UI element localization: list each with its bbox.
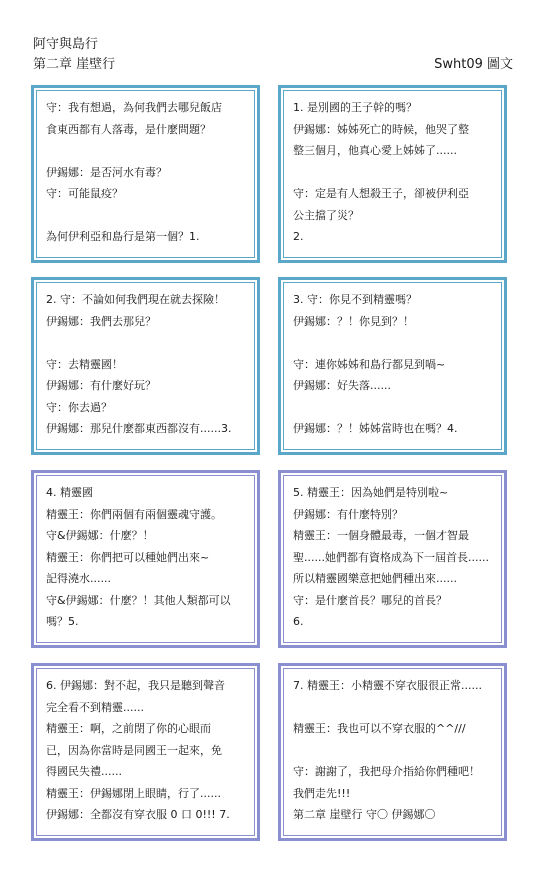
dialogue-line <box>46 205 249 227</box>
dialogue-line: 伊錫娜：？！姊姊當時也在嗎？4. <box>293 418 496 440</box>
dialogue-line <box>293 740 496 762</box>
panel-text: 1. 是別國的王子幹的嗎？ 伊錫娜：姊姊死亡的時候，他哭了整 整三個月，他真心愛… <box>293 97 496 248</box>
dialogue-line: 守：謝謝了，我把母介指給你們種吧！ <box>293 761 496 783</box>
dialogue-line: 精靈王：一個身體最毒，一個才智最 <box>293 525 496 547</box>
panel-8: 7. 精靈王：小精靈不穿衣服很正常...... 精靈王：我也可以不穿衣服的^^/… <box>278 663 507 841</box>
panel-text: 3. 守：你見不到精靈嗎？ 伊錫娜：？！你見到？！ 守：連你姊姊和島行都見到喎~… <box>293 289 496 440</box>
panel-text: 7. 精靈王：小精靈不穿衣服很正常...... 精靈王：我也可以不穿衣服的^^/… <box>293 675 496 826</box>
dialogue-line <box>293 397 496 419</box>
dialogue-line: 整三個月，他真心愛上姊姊了...... <box>293 140 496 162</box>
dialogue-line: 7. 精靈王：小精靈不穿衣服很正常...... <box>293 675 496 697</box>
dialogue-line: 公主擋了災？ <box>293 205 496 227</box>
dialogue-line: 嗎？5. <box>46 611 249 633</box>
dialogue-line <box>293 697 496 719</box>
dialogue-line: 伊錫娜：有什麼好玩？ <box>46 375 249 397</box>
dialogue-line: 守：是什麼首長？哪兒的首長？ <box>293 590 496 612</box>
panel-7: 6. 伊錫娜：對不起，我只是聽到聲音 完全看不到精靈...... 精靈王：啊，之… <box>31 663 260 841</box>
panel-text: 守：我有想過，為何我們去哪兒飯店 食東西都有人落毒，是什麼問題？ 伊錫娜：是否河… <box>46 97 249 248</box>
panel-text: 4. 精靈國 精靈王：你們兩個有兩個靈魂守護。 守&伊錫娜：什麼？！ 精靈王：你… <box>46 482 249 633</box>
dialogue-line: 守&伊錫娜：什麼？！其他人類都可以 <box>46 590 249 612</box>
dialogue-line: 為何伊利亞和島行是第一個？1. <box>46 226 249 248</box>
dialogue-line: 我們走先!!! <box>293 783 496 805</box>
dialogue-line: 記得澆水...... <box>46 568 249 590</box>
dialogue-line: 精靈王：你們把可以種她們出來~ <box>46 547 249 569</box>
panel-1: 守：我有想過，為何我們去哪兒飯店 食東西都有人落毒，是什麼問題？ 伊錫娜：是否河… <box>31 85 260 263</box>
dialogue-line: 精靈王：你們兩個有兩個靈魂守護。 <box>46 504 249 526</box>
dialogue-line <box>46 140 249 162</box>
comic-title: 阿守與島行 <box>33 35 513 55</box>
dialogue-line: 得國民失禮...... <box>46 761 249 783</box>
dialogue-line: 伊錫娜：有什麼特別？ <box>293 504 496 526</box>
dialogue-line: 4. 精靈國 <box>46 482 249 504</box>
dialogue-line: 伊錫娜：我們去那兒？ <box>46 311 249 333</box>
dialogue-line: 精靈王：伊錫娜閉上眼睛，行了...... <box>46 783 249 805</box>
dialogue-line: 守：可能鼠疫？ <box>46 183 249 205</box>
dialogue-line: 伊錫娜：那兒什麼都東西都沒有......3. <box>46 418 249 440</box>
panel-text: 5. 精靈王：因為她們是特別啦~ 伊錫娜：有什麼特別？ 精靈王：一個身體最毒，一… <box>293 482 496 633</box>
panel-text: 2. 守：不論如何我們現在就去探險！ 伊錫娜：我們去那兒？ 守：去精靈國！ 伊錫… <box>46 289 249 440</box>
dialogue-line: 伊錫娜：？！你見到？！ <box>293 311 496 333</box>
dialogue-line: 聖......她們都有資格成為下一屆首長...... <box>293 547 496 569</box>
dialogue-line <box>293 162 496 184</box>
dialogue-line: 所以精靈國樂意把她們種出來...... <box>293 568 496 590</box>
page-header: 阿守與島行 第二章 崖壁行 Swht09 圖文 <box>33 35 513 75</box>
dialogue-line <box>46 332 249 354</box>
dialogue-line: 3. 守：你見不到精靈嗎？ <box>293 289 496 311</box>
panel-6: 5. 精靈王：因為她們是特別啦~ 伊錫娜：有什麼特別？ 精靈王：一個身體最毒，一… <box>278 470 507 648</box>
dialogue-line: 精靈王：我也可以不穿衣服的^^/// <box>293 718 496 740</box>
dialogue-line: 守：我有想過，為何我們去哪兒飯店 <box>46 97 249 119</box>
dialogue-line: 守：你去過？ <box>46 397 249 419</box>
dialogue-line: 守：去精靈國！ <box>46 354 249 376</box>
dialogue-line: 伊錫娜：好失落...... <box>293 375 496 397</box>
dialogue-line: 6. 伊錫娜：對不起，我只是聽到聲音 <box>46 675 249 697</box>
dialogue-line: 食東西都有人落毒，是什麼問題？ <box>46 119 249 141</box>
dialogue-line: 1. 是別國的王子幹的嗎？ <box>293 97 496 119</box>
dialogue-line: 守：定是有人想殺王子，卻被伊利亞 <box>293 183 496 205</box>
dialogue-line: 精靈王：啊，之前閉了你的心眼而 <box>46 718 249 740</box>
dialogue-line: 第二章 崖壁行 守〇 伊錫娜〇 <box>293 804 496 826</box>
dialogue-line: 守&伊錫娜：什麼？！ <box>46 525 249 547</box>
panel-2: 1. 是別國的王子幹的嗎？ 伊錫娜：姊姊死亡的時候，他哭了整 整三個月，他真心愛… <box>278 85 507 263</box>
dialogue-line: 完全看不到精靈...... <box>46 697 249 719</box>
dialogue-line: 伊錫娜：姊姊死亡的時候，他哭了整 <box>293 119 496 141</box>
author-credit: Swht09 圖文 <box>434 55 513 75</box>
panel-text: 6. 伊錫娜：對不起，我只是聽到聲音 完全看不到精靈...... 精靈王：啊，之… <box>46 675 249 826</box>
dialogue-line: 2. 守：不論如何我們現在就去探險！ <box>46 289 249 311</box>
dialogue-line: 6. <box>293 611 496 633</box>
dialogue-line: 守：連你姊姊和島行都見到喎~ <box>293 354 496 376</box>
dialogue-line: 伊錫娜：是否河水有毒？ <box>46 162 249 184</box>
dialogue-line: 2. <box>293 226 496 248</box>
dialogue-line: 伊錫娜：全都沒有穿衣服 0 口 0!!! 7. <box>46 804 249 826</box>
panel-5: 4. 精靈國 精靈王：你們兩個有兩個靈魂守護。 守&伊錫娜：什麼？！ 精靈王：你… <box>31 470 260 648</box>
chapter-title: 第二章 崖壁行 <box>33 55 115 75</box>
dialogue-line: 5. 精靈王：因為她們是特別啦~ <box>293 482 496 504</box>
dialogue-line: 已，因為你當時是同國王一起來，免 <box>46 740 249 762</box>
dialogue-line <box>293 332 496 354</box>
panel-4: 3. 守：你見不到精靈嗎？ 伊錫娜：？！你見到？！ 守：連你姊姊和島行都見到喎~… <box>278 277 507 455</box>
panel-3: 2. 守：不論如何我們現在就去探險！ 伊錫娜：我們去那兒？ 守：去精靈國！ 伊錫… <box>31 277 260 455</box>
